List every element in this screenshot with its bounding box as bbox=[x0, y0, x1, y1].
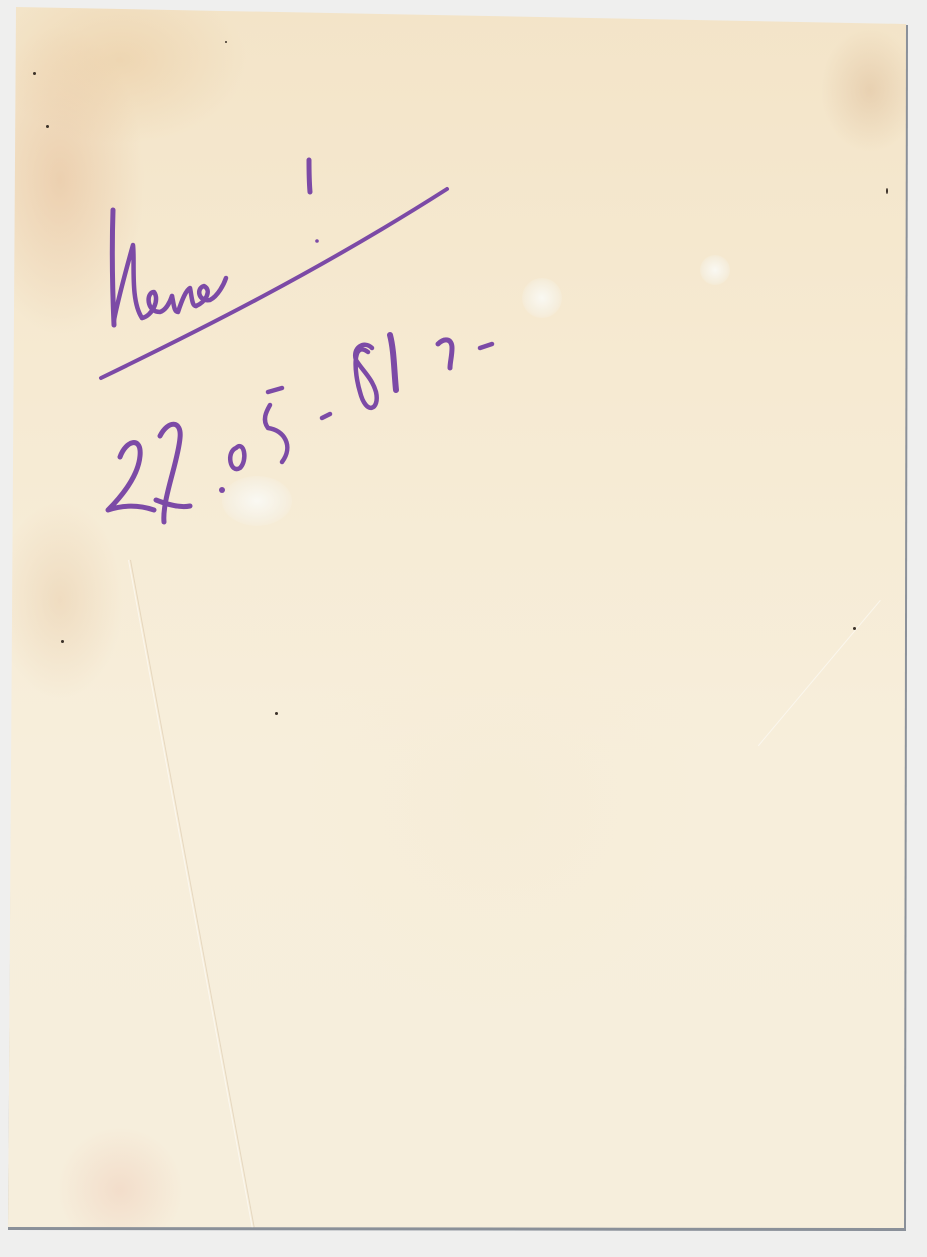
dust-speck bbox=[275, 712, 278, 715]
dust-speck bbox=[886, 188, 888, 194]
dust-speck bbox=[61, 640, 64, 643]
crease-shadow bbox=[130, 560, 255, 1229]
glue-residue bbox=[700, 255, 730, 285]
dust-speck bbox=[225, 41, 227, 43]
crease-line-right bbox=[758, 600, 881, 746]
glue-residue bbox=[522, 278, 562, 318]
dust-speck bbox=[33, 72, 36, 75]
dust-speck bbox=[853, 627, 856, 630]
crease-line bbox=[128, 560, 253, 1229]
dust-speck bbox=[46, 125, 49, 128]
photo-card-back bbox=[0, 0, 927, 1257]
glue-residue bbox=[222, 476, 292, 526]
